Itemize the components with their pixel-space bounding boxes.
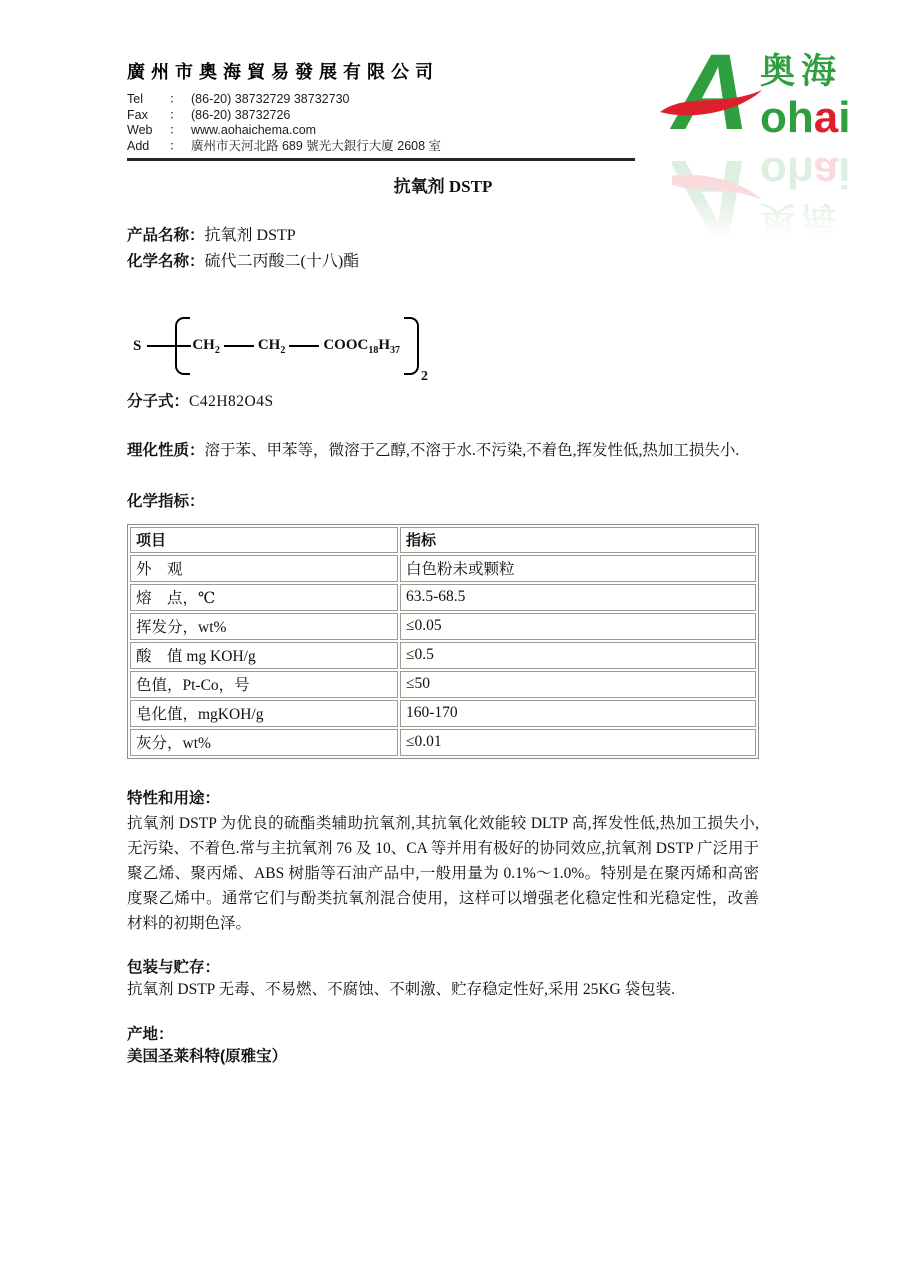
table-row: 外 观 白色粉未或颗粒: [130, 555, 756, 582]
logo-reflection-chinese: 奥海: [760, 201, 842, 236]
row-value: ≤0.05: [400, 613, 756, 640]
table-row: 皂化值，mgKOH/g 160-170: [130, 700, 756, 727]
row-item: 外 观: [130, 555, 398, 582]
tel-label: Tel: [127, 92, 169, 108]
bond-line: [289, 345, 319, 347]
row-value: 63.5-68.5: [400, 584, 756, 611]
molecular-formula-line: 分子式：C42H82O4S: [127, 389, 759, 411]
molecular-formula-label: 分子式：: [127, 393, 189, 410]
ch-base: CH: [192, 337, 215, 353]
packaging-heading: 包装与贮存：: [127, 955, 759, 977]
table-row: 酸 值 mg KOH/g ≤0.5: [130, 642, 756, 669]
group-ch2-2: CH2: [258, 337, 286, 356]
ester-h: H: [378, 337, 390, 353]
tel-colon: ：: [169, 92, 191, 108]
chemical-name-line: 化学名称：硫代二丙酸二(十八)酯: [127, 249, 759, 275]
table-header-row: 项目 指标: [130, 527, 756, 553]
ester-sub-18: 18: [368, 345, 378, 356]
logo-letter-a2: a: [814, 93, 838, 142]
right-bracket: [404, 317, 419, 375]
row-value: 160-170: [400, 700, 756, 727]
row-item: 灰分，wt%: [130, 729, 398, 756]
ch-sub: 2: [215, 345, 220, 356]
aohai-logo-icon: A 奥海 ohai: [672, 52, 872, 144]
chemical-name-value: 硫代二丙酸二(十八)酯: [205, 253, 360, 270]
row-item: 熔 点，℃: [130, 584, 398, 611]
molecular-formula-value: C42H82O4S: [189, 393, 274, 410]
header-item: 项目: [130, 527, 398, 553]
structural-formula: S CH2 CH2 COOC18H37 2: [133, 309, 759, 383]
fax-label: Fax: [127, 108, 169, 124]
logo-chinese-text: 奥海: [760, 54, 842, 89]
add-colon: ：: [169, 139, 191, 155]
row-item: 皂化值，mgKOH/g: [130, 700, 398, 727]
contact-row-add: Add ： 廣州市天河北路 689 號光大銀行大廈 2608 室: [127, 139, 767, 155]
physchem-text: 溶于苯、甲苯等，微溶于乙醇,不溶于水.不污染,不着色,挥发性低,热加工损失小.: [205, 442, 740, 459]
add-label: Add: [127, 139, 169, 155]
bracket-subscript: 2: [421, 369, 428, 385]
origin-heading: 产地：: [127, 1022, 759, 1044]
web-colon: ：: [169, 123, 191, 139]
features-section: 特性和用途： 抗氧剂 DSTP 为优良的硫酯类辅助抗氧剂,其抗氧化效能较 DLT…: [127, 786, 759, 936]
header-spec: 指标: [400, 527, 756, 553]
product-name-line: 产品名称：抗氧剂 DSTP: [127, 223, 759, 249]
group-ester: COOC18H37: [323, 337, 400, 356]
row-value: ≤0.01: [400, 729, 756, 756]
logo-latin-text: ohai: [760, 96, 851, 140]
web-label: Web: [127, 123, 169, 139]
table-row: 灰分，wt% ≤0.01: [130, 729, 756, 756]
group-ch2-1: CH2: [192, 337, 220, 356]
logo-reflection-a: a: [814, 148, 838, 197]
physchem-paragraph: 理化性质：溶于苯、甲苯等，微溶于乙醇,不溶于水.不污染,不着色,挥发性低,热加工…: [127, 438, 759, 463]
row-value: ≤0.5: [400, 642, 756, 669]
document-body: 抗氧剂 DSTP 产品名称：抗氧剂 DSTP 化学名称：硫代二丙酸二(十八)酯 …: [127, 172, 759, 1069]
row-value: ≤50: [400, 671, 756, 698]
contact-row-web: Web ： www.aohaichema.com: [127, 123, 767, 139]
features-heading: 特性和用途：: [127, 786, 759, 811]
logo-reflection-latin: ohai: [760, 150, 851, 194]
row-item: 酸 值 mg KOH/g: [130, 642, 398, 669]
logo-letter-i: i: [838, 93, 850, 142]
page-title: 抗氧剂 DSTP: [127, 172, 759, 197]
physchem-label: 理化性质：: [127, 442, 205, 459]
table-row: 熔 点，℃ 63.5-68.5: [130, 584, 756, 611]
chem-index-heading: 化学指标：: [127, 489, 759, 511]
row-item: 挥发分，wt%: [130, 613, 398, 640]
features-text: 抗氧剂 DSTP 为优良的硫酯类辅助抗氧剂,其抗氧化效能较 DLTP 高,挥发性…: [127, 811, 759, 936]
bracket-content: CH2 CH2 COOC18H37: [190, 337, 404, 356]
ester-base: COOC: [323, 337, 368, 353]
product-name-label: 产品名称：: [127, 227, 205, 244]
logo-letter-h: h: [787, 93, 814, 142]
origin-text: 美国圣莱科特(原雅宝）: [127, 1044, 759, 1069]
chemical-name-label: 化学名称：: [127, 253, 205, 270]
company-logo: A 奥海 ohai A 奥海 ohai: [672, 52, 872, 170]
bond-line: [224, 345, 254, 347]
sulfur-atom: S: [133, 338, 141, 355]
header-divider: [127, 158, 635, 161]
fax-colon: ：: [169, 108, 191, 124]
ester-sub-37: 37: [390, 345, 400, 356]
row-item: 色值，Pt-Co，号: [130, 671, 398, 698]
row-value: 白色粉未或颗粒: [400, 555, 756, 582]
ch-sub: 2: [280, 345, 285, 356]
logo-letter-o: o: [760, 93, 787, 142]
logo-reflection-i: i: [838, 148, 850, 197]
company-name: 廣州市奧海貿易發展有限公司: [127, 58, 767, 84]
table-row: 挥发分，wt% ≤0.05: [130, 613, 756, 640]
packaging-text: 抗氧剂 DSTP 无毒、不易燃、不腐蚀、不刺激、贮存稳定性好,采用 25KG 袋…: [127, 977, 759, 1002]
logo-reflection-o: o: [760, 148, 787, 197]
left-bracket: [175, 317, 190, 375]
table-row: 色值，Pt-Co，号 ≤50: [130, 671, 756, 698]
ch-base: CH: [258, 337, 281, 353]
product-name-value: 抗氧剂 DSTP: [205, 227, 296, 244]
spec-table: 项目 指标 外 观 白色粉未或颗粒 熔 点，℃ 63.5-68.5 挥发分，wt…: [127, 524, 759, 759]
logo-reflection-h: h: [787, 148, 814, 197]
datasheet-page: 廣州市奧海貿易發展有限公司 Tel ： (86-20) 38732729 387…: [0, 0, 900, 1273]
